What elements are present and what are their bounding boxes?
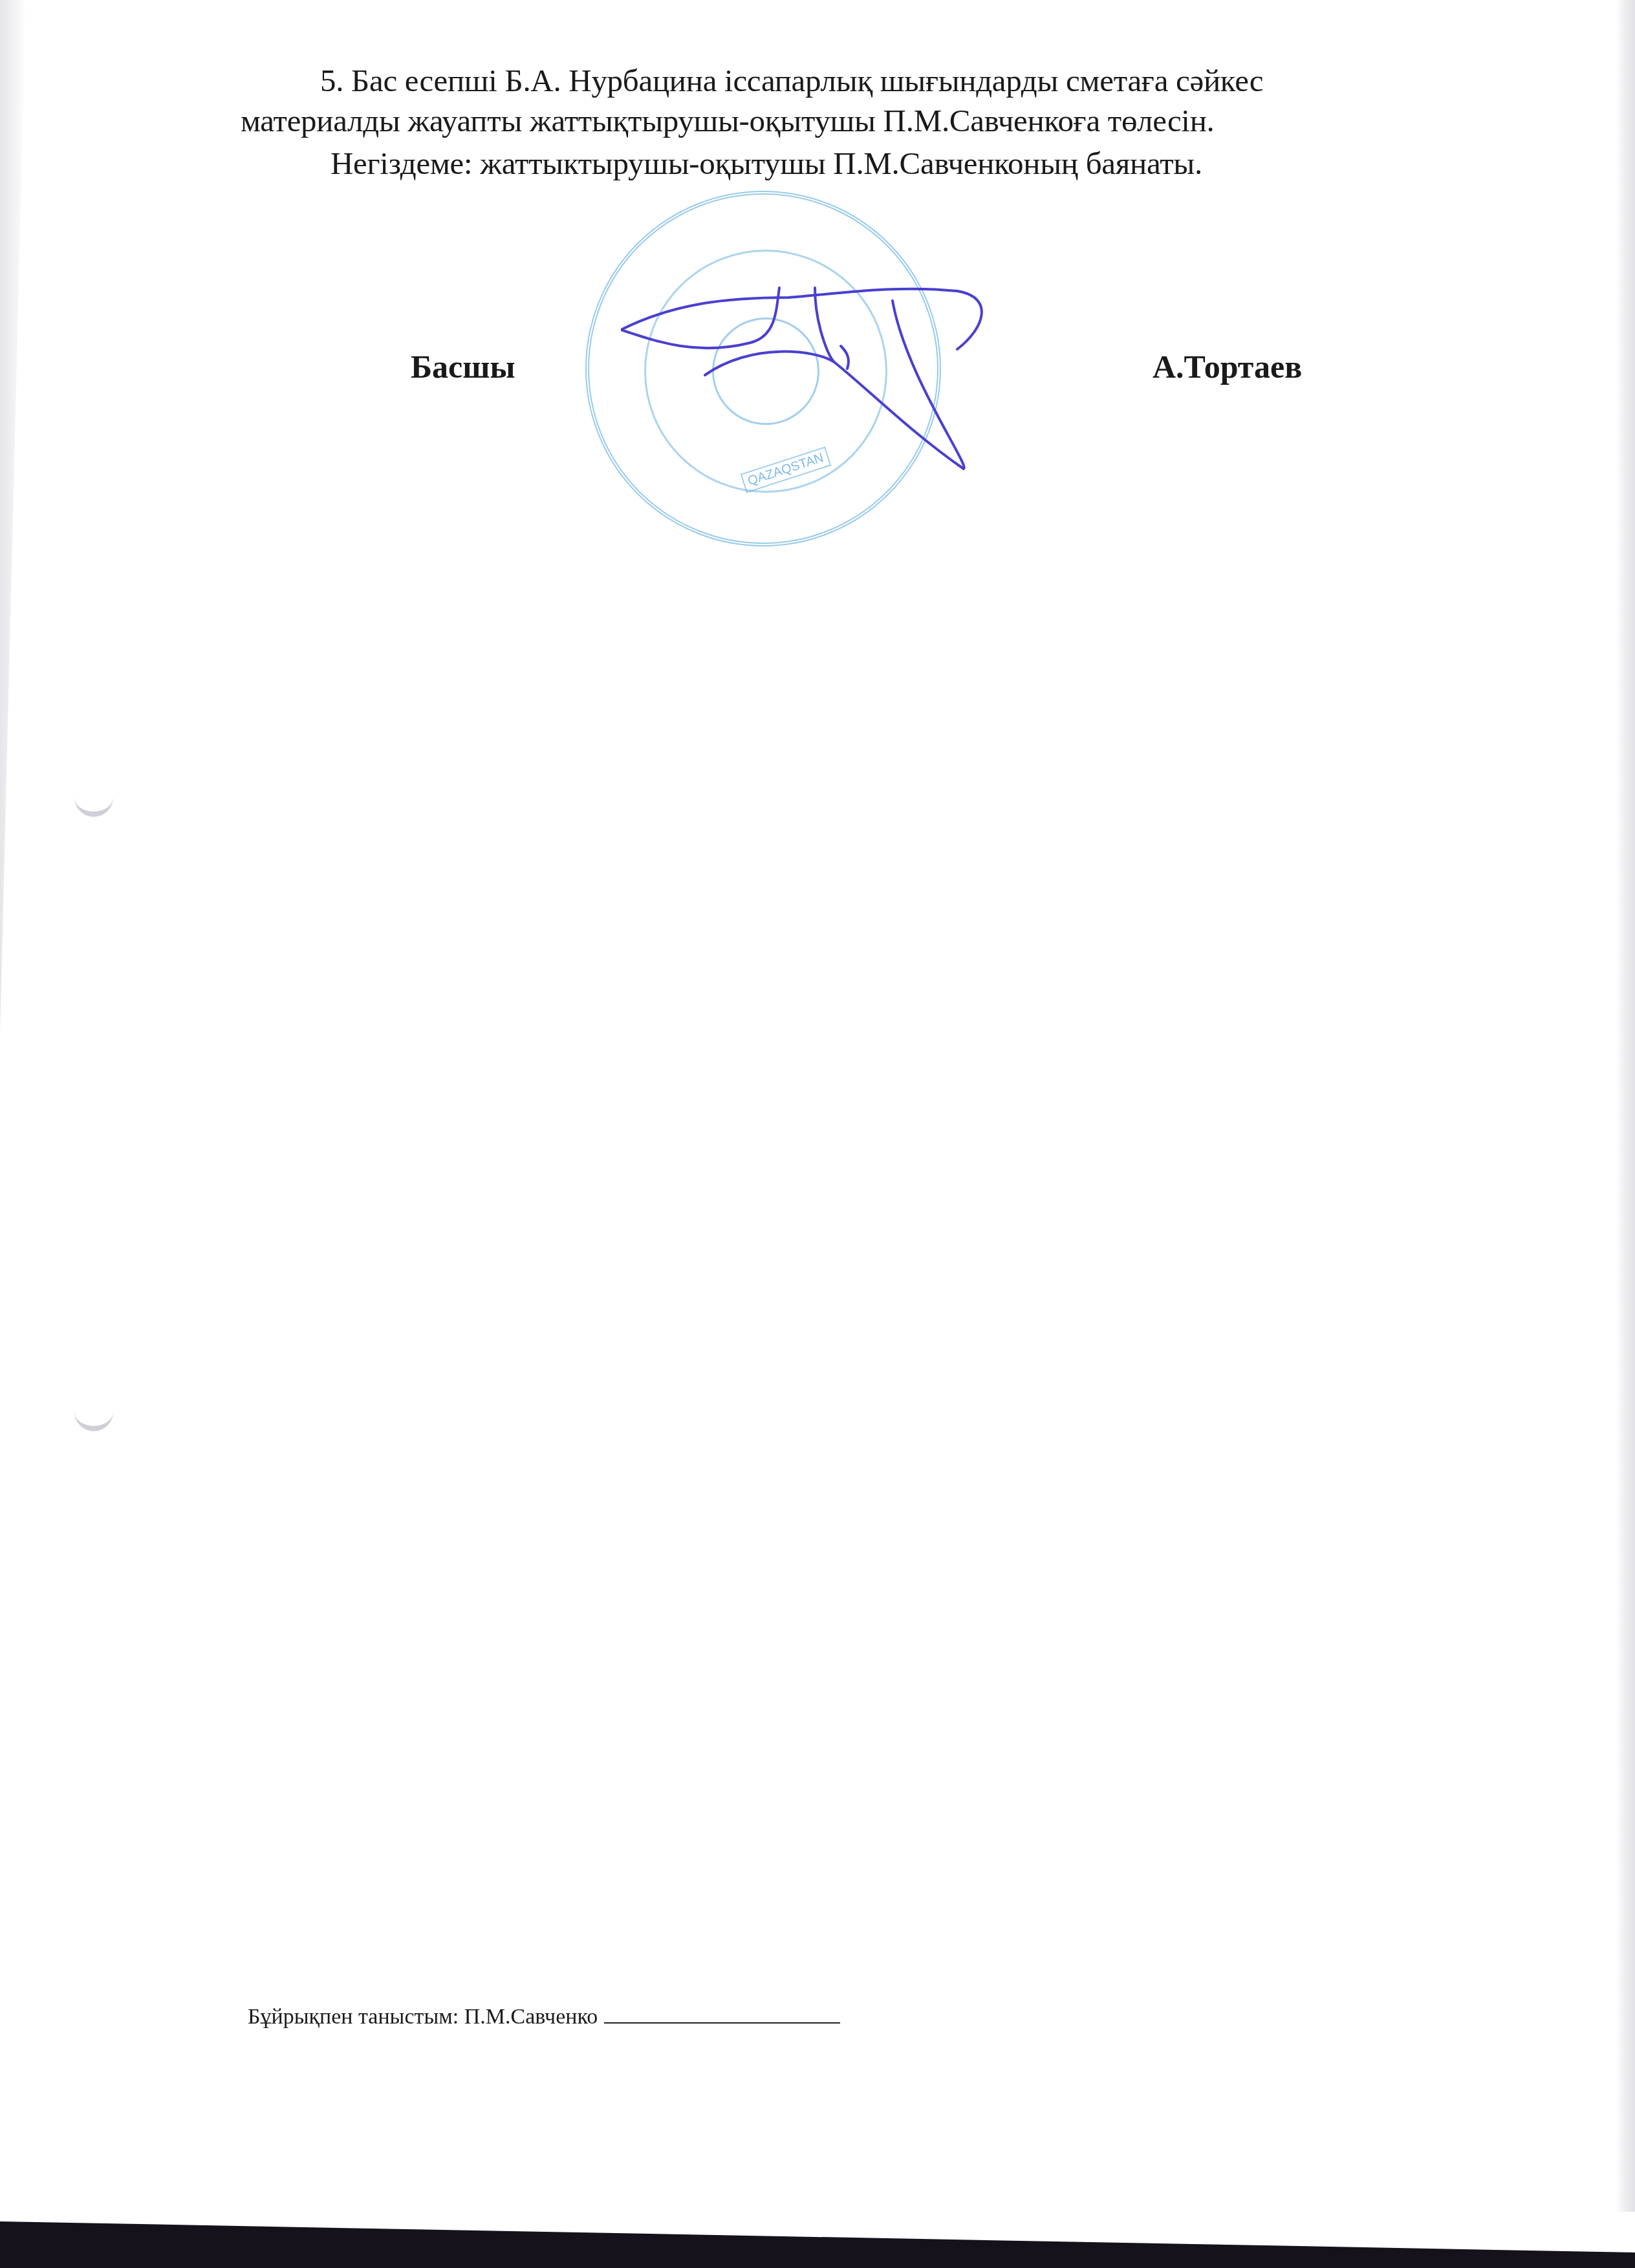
signatory-role: Басшы (411, 348, 515, 385)
scan-bottom-edge (0, 2216, 1635, 2268)
paragraph-5-line-1: 5. Бас есепші Б.А. Нурбацина іссапарлық … (320, 65, 1263, 96)
scan-edge-left (0, 0, 26, 1035)
acknowledgement-text: Бұйрықпен таныстым: П.М.Савченко (248, 2005, 598, 2029)
signatory-name: А.Тортаев (1153, 348, 1302, 385)
signature-blank-line (604, 2022, 840, 2024)
scan-edge-right (1616, 0, 1635, 2212)
punch-hole-mark (74, 1407, 113, 1431)
paragraph-5-line-2: материалды жауапты жаттықтырушы-оқытушы … (241, 105, 1215, 136)
punch-hole-mark (74, 792, 113, 817)
handwritten-signature-icon (621, 285, 1022, 472)
acknowledgement-line: Бұйрықпен таныстым: П.М.Савченко (248, 2005, 840, 2029)
paragraph-5-basis-line: Негіздеме: жаттыктырушы-оқытушы П.М.Савч… (330, 147, 1202, 179)
